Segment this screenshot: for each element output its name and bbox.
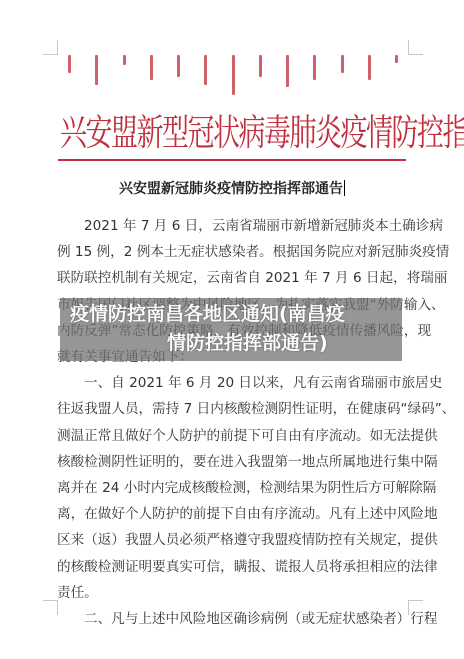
page-number: 1 (229, 611, 233, 619)
body-line: 二、凡与上述中风险地区确诊病例（或无症状感染者）行程 (57, 606, 412, 632)
body-line: 责任。 (57, 580, 412, 606)
document-title-text: 兴安盟新冠肺炎疫情防控指挥部通告 (119, 181, 343, 197)
body-line: 的核酸检测证明要真实可信，瞒报、谎报人员将承担相应的法律 (57, 554, 412, 580)
body-line: 区来（返）我盟人员必须严格遵守我盟疫情防控有关规定，提供 (57, 527, 412, 553)
body-line: 离并在 24 小时内完成核酸检测，检测结果为阴性后方可解除隔 (57, 475, 412, 501)
document-page: 兴安盟新型冠状病毒肺炎疫情防控指挥部 兴安盟新冠肺炎疫情防控指挥部通告 2021… (0, 0, 464, 659)
document-body: 2021 年 7 月 6 日，云南省瑞丽市新增新冠肺炎本土确诊病 例 15 例，… (57, 213, 412, 632)
caption-overlay-title: 疫情防控南昌各地区通知(南昌疫 情防控指挥部通告) (70, 300, 400, 358)
caption-line-2: 情防控指挥部通告) (70, 329, 400, 358)
body-line: 离，在做好个人防护的前提下自由有序流动。凡有上述中风险地 (57, 501, 412, 527)
masthead-title: 兴安盟新型冠状病毒肺炎疫情防控指挥部 (60, 103, 406, 156)
text-cursor (344, 180, 345, 196)
crop-mark-bottom-left (43, 600, 58, 615)
body-line: 往返我盟人员，需持 7 日内核酸检测阴性证明，在健康码“绿码”、 (57, 396, 412, 422)
body-line: 2021 年 7 月 6 日，云南省瑞丽市新增新冠肺炎本土确诊病 (57, 213, 412, 239)
body-line: 例 15 例，2 例本土无症状感染者。根据国务院应对新冠肺炎疫情 (57, 239, 412, 265)
mongolian-script-header (68, 55, 398, 100)
body-line: 核酸检测阴性证明的，要在进入我盟第一地点所属地进行集中隔 (57, 449, 412, 475)
masthead-red-rule (58, 159, 406, 161)
caption-line-1: 疫情防控南昌各地区通知(南昌疫 (70, 303, 345, 325)
body-line: 联防联控机制有关规定，云南省自 2021 年 7 月 6 日起，将瑞丽 (57, 265, 412, 291)
crop-mark-top-left (43, 40, 58, 55)
body-line: 测温正常且做好个人防护的前提下可自由有序流动。如无法提供 (57, 423, 412, 449)
document-title[interactable]: 兴安盟新冠肺炎疫情防控指挥部通告 (0, 178, 464, 198)
crop-mark-top-right (408, 40, 423, 55)
body-line: 一、自 2021 年 6 月 20 日以来，凡有云南省瑞丽市旅居史 (57, 370, 412, 396)
